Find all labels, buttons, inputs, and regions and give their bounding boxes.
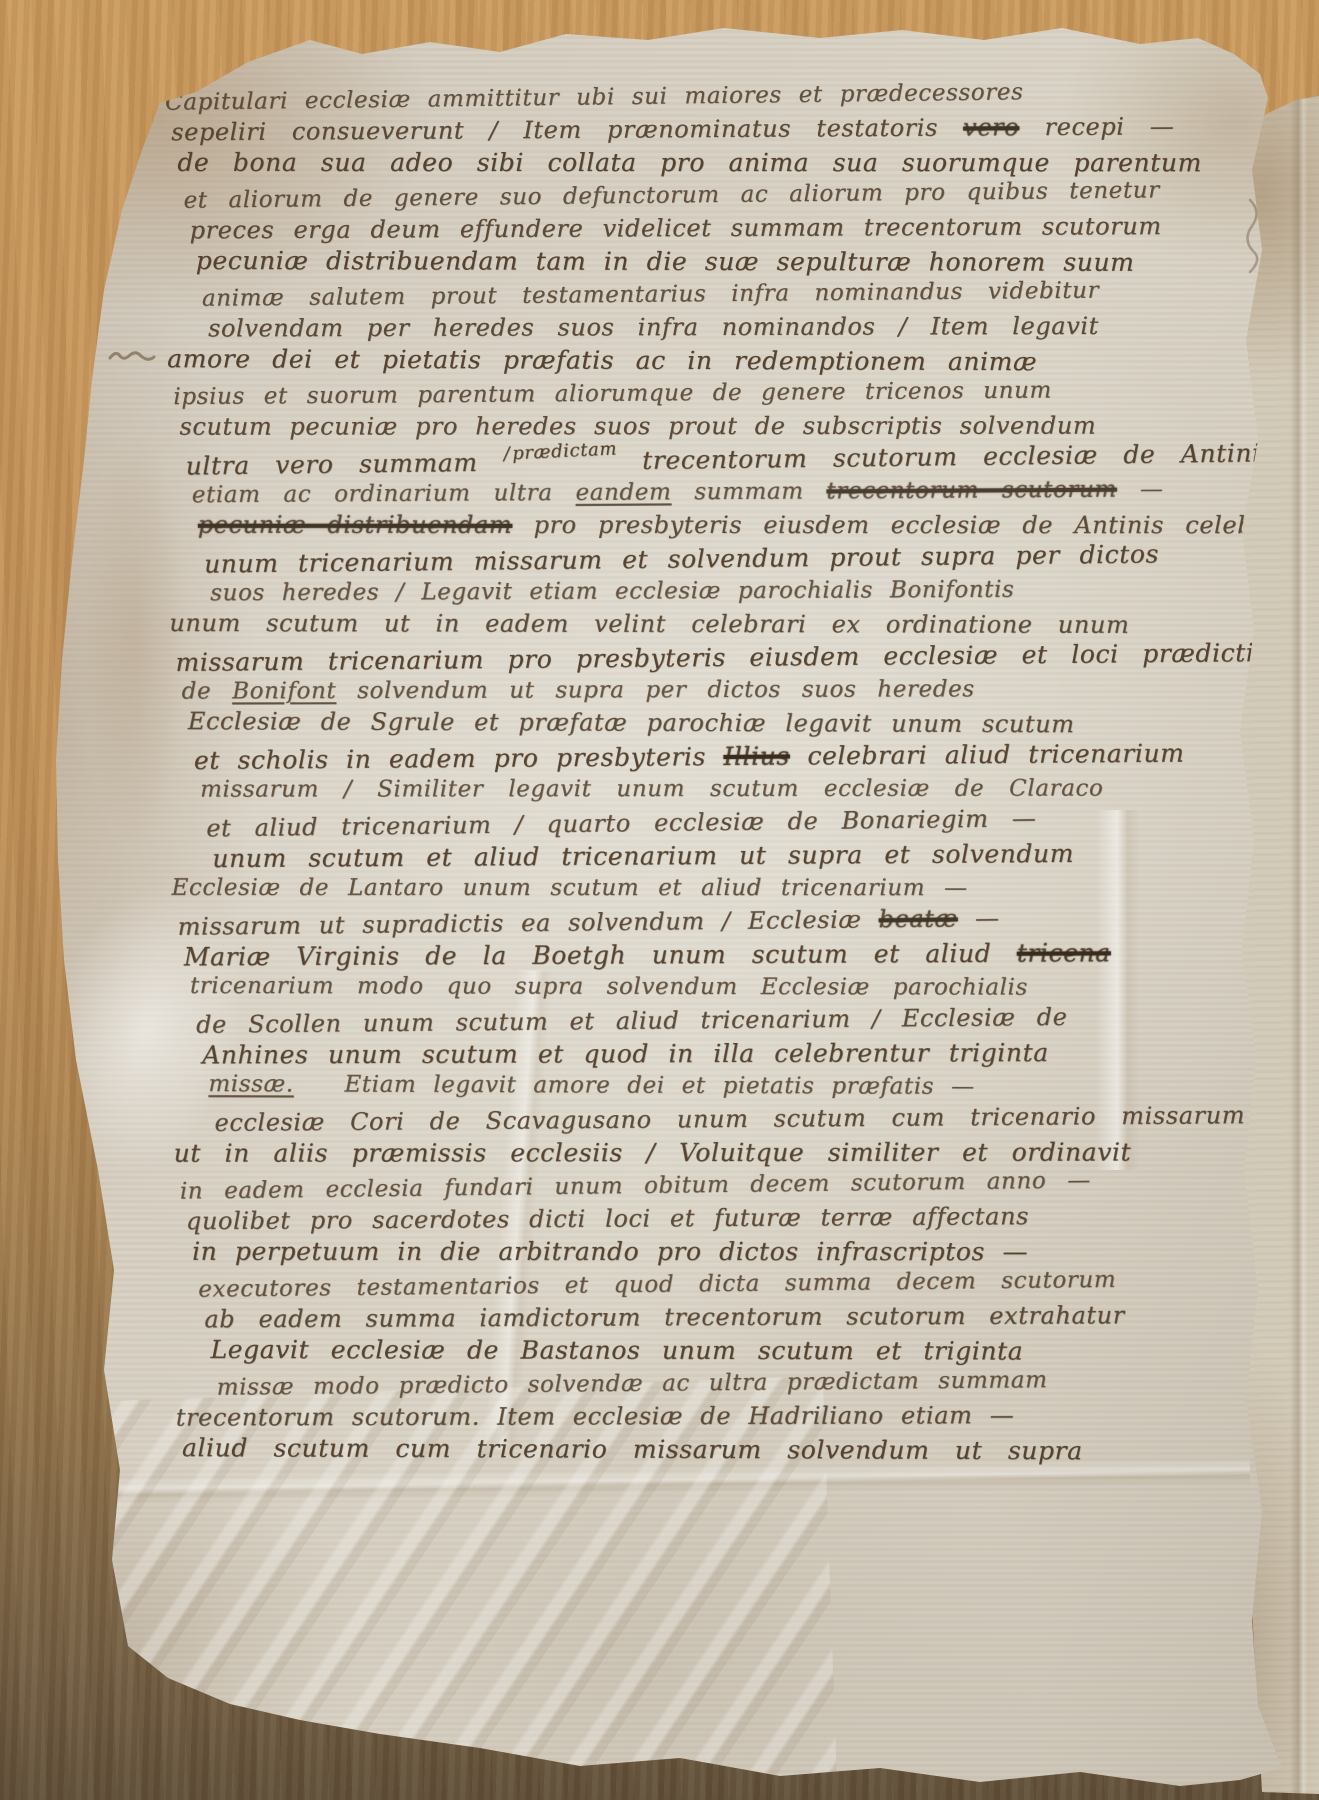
manuscript-text: ultra vero summam [185,448,503,481]
manuscript-text: missarum ut supradictis ea solvendum / E… [178,905,879,940]
manuscript-line-19: de Bonifont solvendum ut supra per dicto… [182,673,1260,709]
manuscript-line-38: ab eadem summa iamdictorum trecentorum s… [204,1299,1262,1337]
struck-text: tricena [1017,938,1111,967]
manuscript-text: missæ modo prædicto solvendæ ac ultra pr… [217,1367,1048,1401]
manuscript-text: summam [671,478,826,505]
struck-text: Illius [723,742,790,771]
underlined-text: eandem [575,479,671,506]
manuscript-line-41: trecentorum scutorum. Item ecclesiæ de H… [176,1399,1263,1435]
manuscript-line-8: solvendam per heredes suos infra nominan… [208,309,1258,345]
manuscript-text: executores testamentarios et quod dicta … [198,1267,1116,1303]
manuscript-line-32: ecclesiæ Cori de Scavagusano unum scutum… [214,1099,1261,1140]
manuscript-line-27: Mariæ Virginis de la Boetgh unum scutum … [184,936,1261,974]
manuscript-text: unum tricenarium missarum et solvendum p… [204,539,1159,578]
manuscript-page: Capitulari ecclesiæ ammittitur ubi sui m… [0,0,1319,1800]
manuscript-text: Ecclesiæ de Sgrule et præfatæ parochiæ l… [188,707,1075,738]
underlined-text: Bonifont [232,678,336,704]
manuscript-line-2: sepeliri consueverunt / Item prænominatu… [171,110,1257,149]
manuscript-text: missarum / Similiter legavit unum scutum… [200,776,1103,803]
manuscript-text: animæ salutem prout testamentarius infra… [202,278,1099,312]
manuscript-text: et aliud tricenarium / quarto ecclesiæ d… [206,804,1036,842]
manuscript-text: ut in aliis præmissis ecclesiis / Voluit… [174,1138,1132,1168]
manuscript-text: missarum tricenarium pro presbyteris eiu… [175,638,1303,677]
manuscript-text: et scholis in eadem pro presbyteris [194,742,724,775]
manuscript-text: quolibet pro sacerdotes dicti loci et fu… [186,1202,1029,1235]
manuscript-text: amore dei et pietatis præfatis ac in red… [167,344,1037,376]
manuscript-line-42: aliud scutum cum tricenario missarum sol… [182,1431,1263,1468]
manuscript-line-16: suos heredes / Legavit etiam ecclesiæ pa… [210,573,1259,611]
manuscript-text: solvendam per heredes suos infra nominan… [208,312,1099,342]
manuscript-text: scutum pecuniæ pro heredes suos prout de… [179,412,1096,441]
manuscript-text: Mariæ Virginis de la Boetgh unum scutum … [184,939,1017,972]
manuscript-text-block: Capitulari ecclesiæ ammittitur ubi sui m… [187,78,1263,1469]
manuscript-line-21: et scholis in eadem pro presbyteris Illi… [194,736,1260,777]
manuscript-text: ab eadem summa iamdictorum trecentorum s… [204,1301,1125,1333]
manuscript-text: recepi — [1019,112,1174,141]
manuscript-text: pecuniæ distribuendam tam in die suæ sep… [196,246,1135,277]
manuscript-text: suos heredes / Legavit etiam ecclesiæ pa… [210,577,1014,607]
interlinear-insertion: prædictam [502,432,617,470]
manuscript-text: et aliorum de genere suo defunctorum ac … [183,177,1160,213]
manuscript-text: celebrari aliud tricenarium [790,739,1185,771]
manuscript-text: etiam ac ordinarium ultra [192,480,576,508]
underlined-text: missæ. [208,1071,293,1097]
underlying-page-fold-crease [1290,96,1308,1796]
manuscript-text: aliud scutum cum tricenario missarum sol… [182,1433,1083,1465]
photo-scene: Capitulari ecclesiæ ammittitur ubi sui m… [0,0,1319,1800]
manuscript-text: ecclesiæ Cori de Scavagusano unum scutum… [214,1101,1245,1137]
manuscript-text: de [182,678,233,704]
margin-ink-smudge [108,344,156,366]
manuscript-text: — [1117,476,1164,502]
manuscript-text: sepeliri consueverunt / Item prænominatu… [171,114,963,147]
manuscript-text: Ecclesiæ de Lantaro unum scutum et aliud… [171,875,967,901]
manuscript-text: Legavit ecclesiæ de Bastanos unum scutum… [210,1335,1023,1366]
manuscript-text: Anhines unum scutum et quod in illa cele… [202,1038,1049,1069]
manuscript-text: Etiam legavit amore dei et pietatis præf… [294,1071,975,1099]
struck-text: trecentorum scutorum [826,477,1117,505]
manuscript-text: solvendum ut supra per dictos suos hered… [336,676,975,704]
manuscript-line-13: etiam ac ordinarium ultra eandem summam … [192,473,1259,512]
manuscript-line-5: preces erga deum effundere videlicet sum… [190,210,1258,248]
manuscript-line-30: Anhines unum scutum et quod in illa cele… [202,1035,1261,1071]
manuscript-text: unum scutum et aliud tricenarium ut supr… [212,839,1074,873]
manuscript-text: — [958,904,1000,932]
manuscript-text: de Scollen unum scutum et aliud tricenar… [196,1003,1068,1039]
manuscript-text: de bona sua adeo sibi collata pro anima … [177,148,1202,177]
struck-text: vero [963,113,1019,141]
manuscript-text: in perpetuum in die arbitrando pro dicto… [192,1237,1028,1266]
manuscript-text: Capitulari ecclesiæ ammittitur ubi sui m… [165,79,1024,115]
manuscript-line-35: quolibet pro sacerdotes dicti loci et fu… [186,1199,1262,1238]
manuscript-line-24: unum scutum et aliud tricenarium ut supr… [212,836,1260,875]
manuscript-text: pro presbyteris eiusdem ecclesiæ de Anti… [512,511,1300,539]
manuscript-text: trecentorum scutorum. Item ecclesiæ de H… [176,1401,1015,1431]
ink-squiggle-icon [108,344,156,366]
struck-text: pecuniæ distribuendam [198,511,512,539]
manuscript-text: unum scutum ut in eadem velint celebrari… [169,609,1129,639]
manuscript-text: preces erga deum effundere videlicet sum… [190,212,1162,244]
manuscript-line-10: ipsius et suorum parentum aliorumque de … [173,373,1258,414]
manuscript-text: in eadem ecclesia fundari unum obitum de… [180,1168,1091,1205]
manuscript-text: trecentorum scutorum ecclesiæ de Antinis… [616,437,1319,476]
struck-text: beatæ [879,904,958,933]
manuscript-text: ipsius et suorum parentum aliorumque de … [173,378,1052,411]
manuscript-text: tricenarium modo quo supra solvendum Ecc… [190,973,1028,1001]
